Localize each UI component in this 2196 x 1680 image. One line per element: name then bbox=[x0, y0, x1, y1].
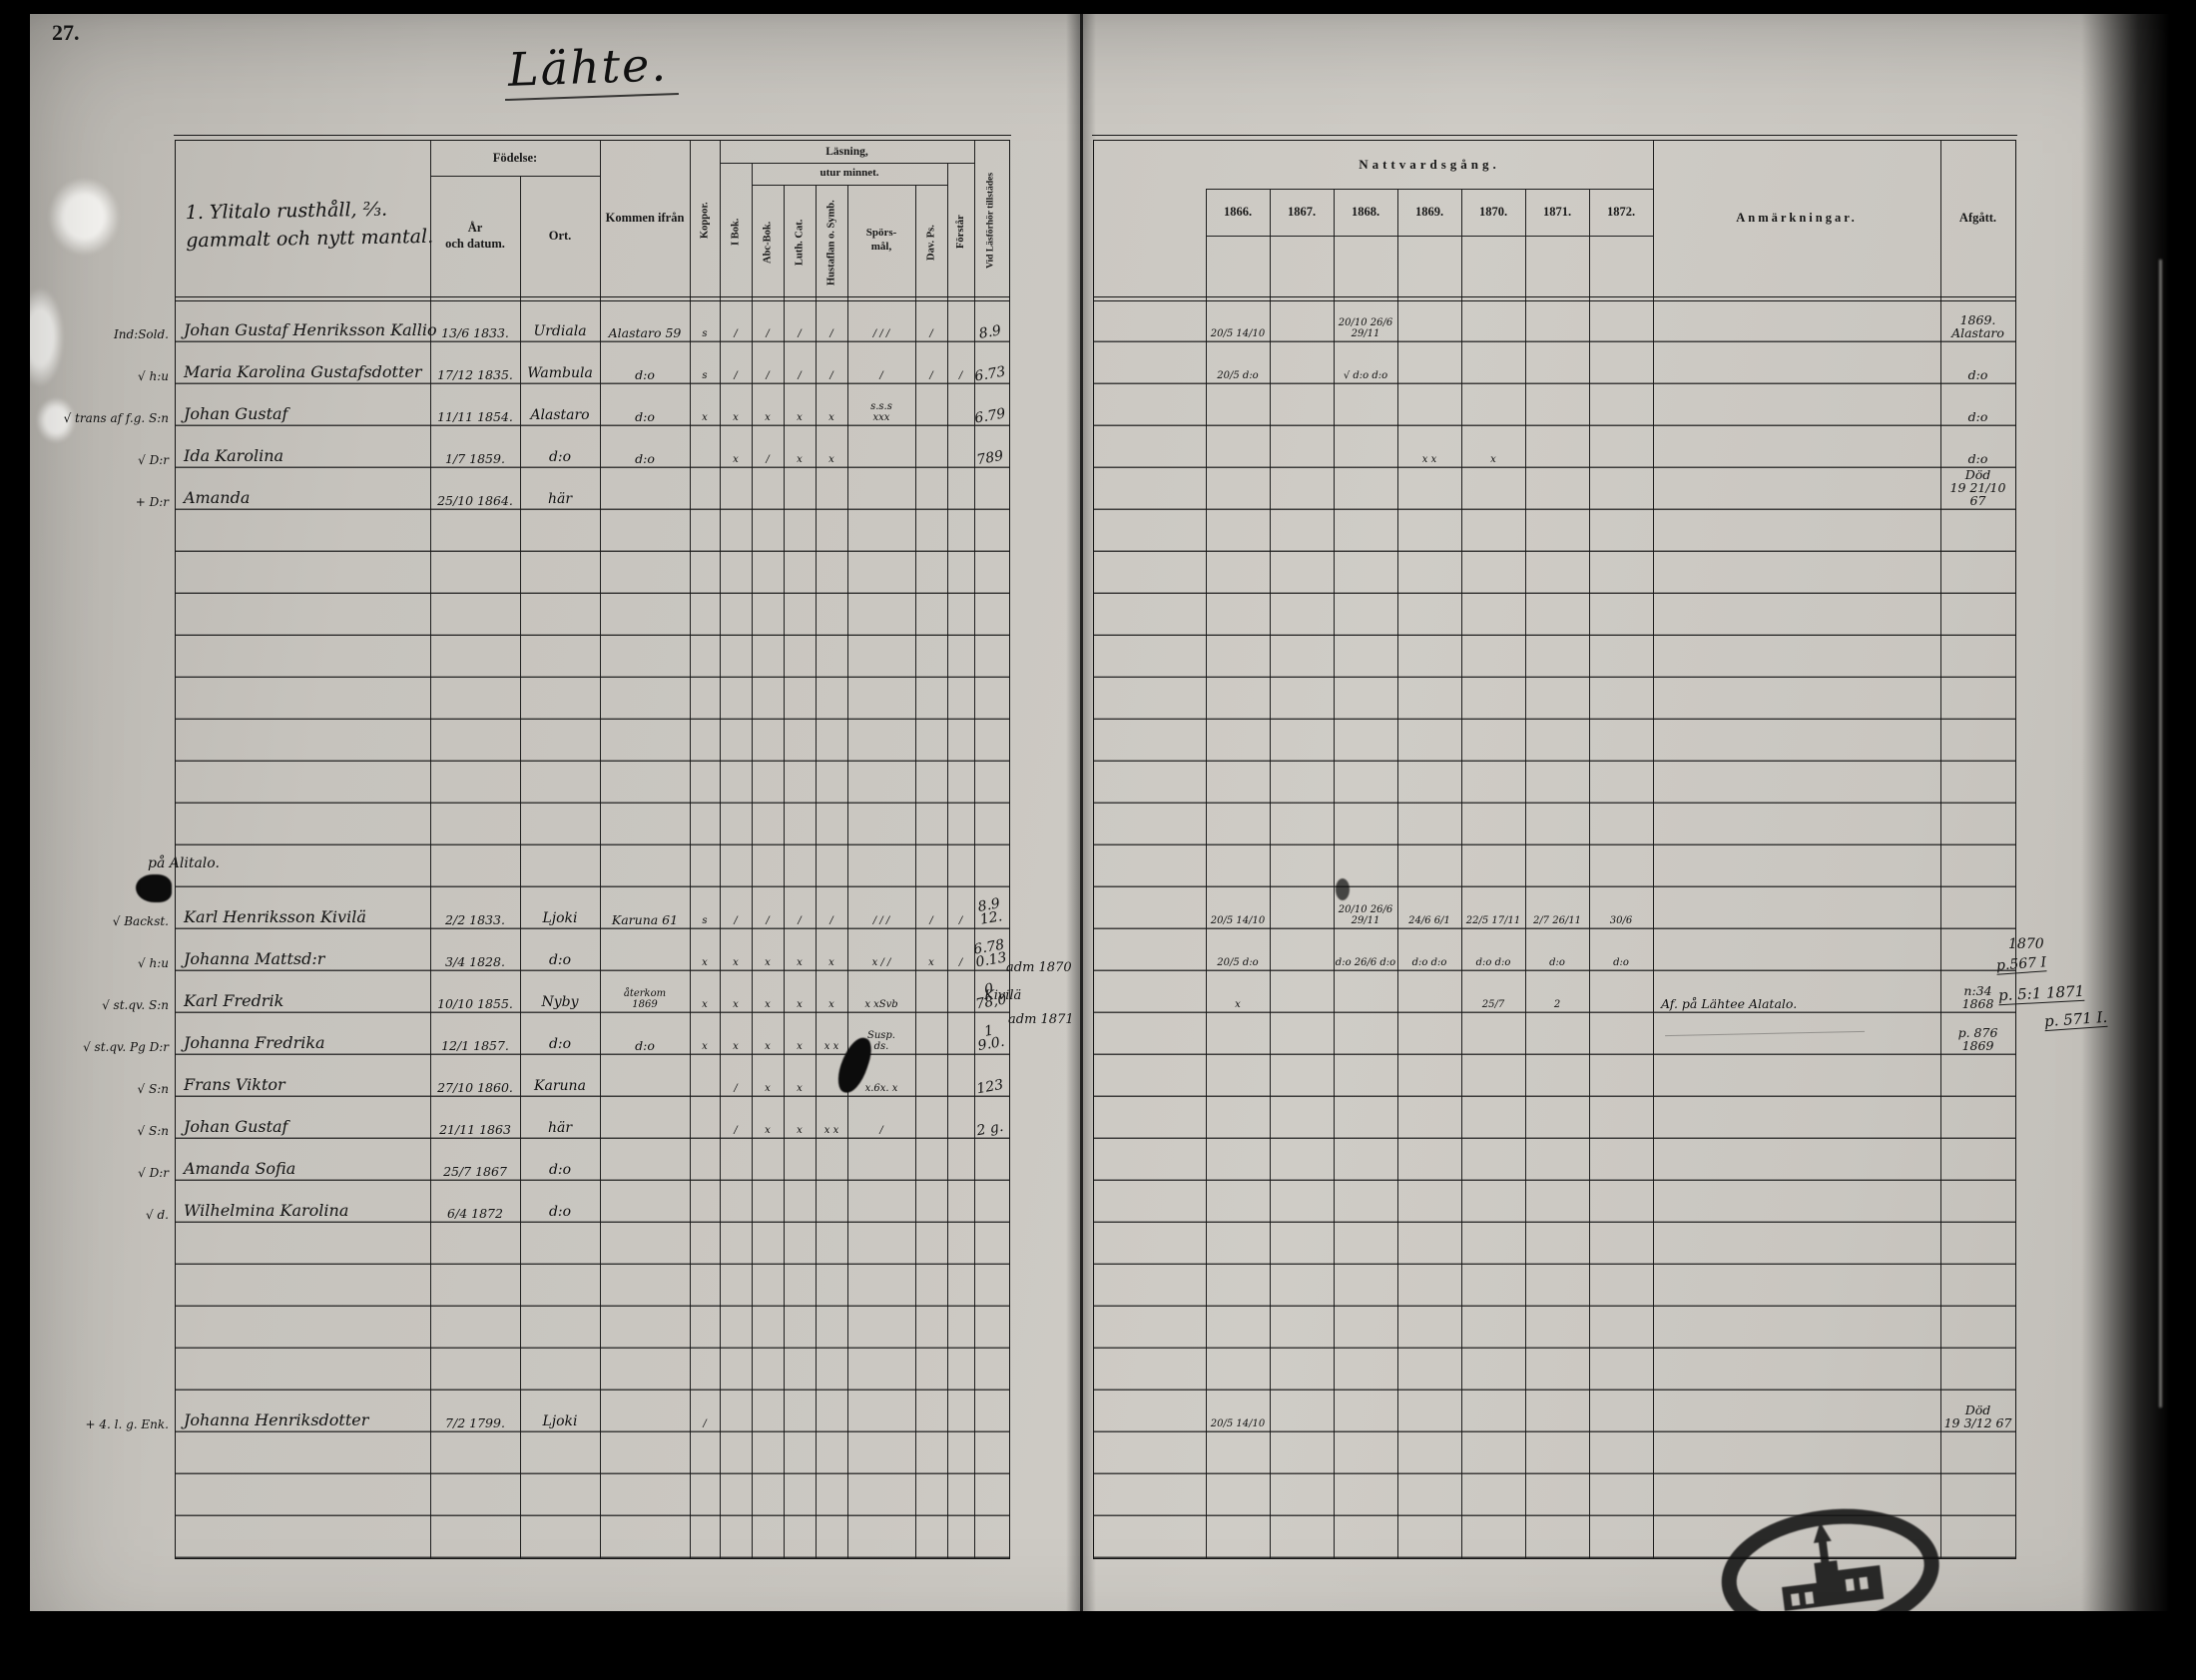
birth-place-cell: d:o bbox=[522, 1205, 598, 1220]
communion-date-cell: d:o d:o bbox=[1397, 958, 1461, 969]
table-row: Död 19 21/10 67 bbox=[1094, 468, 2015, 510]
reading-mark-cell: x bbox=[784, 413, 816, 424]
birth-date-cell: 3/4 1828. bbox=[432, 955, 518, 968]
name-cell: Karl Henriksson Kivilä bbox=[184, 909, 427, 926]
birth-date-cell: 12/1 1857. bbox=[432, 1039, 518, 1052]
reading-mark-cell: x x bbox=[816, 1042, 847, 1053]
reading-mark-cell: / bbox=[720, 1084, 752, 1095]
birth-date-cell: 27/10 1860. bbox=[432, 1081, 518, 1094]
communion-date-cell: 20/5 14/10 bbox=[1206, 916, 1270, 927]
table-row: 20/5 14/10 20/10 26/6 29/11 1869. Alasta… bbox=[1094, 300, 2015, 342]
reading-mark-cell: x bbox=[752, 1084, 784, 1095]
communion-date-cell: 25/7 bbox=[1461, 1000, 1525, 1011]
margin-note-adm1870: adm 1870 bbox=[1006, 960, 1072, 975]
reading-mark-cell: x bbox=[752, 1000, 784, 1011]
smallpox-mark-cell: x bbox=[690, 1042, 720, 1053]
col-header-kommen-ifran: Kommen ifrån bbox=[600, 141, 690, 296]
birth-date-cell: 7/2 1799. bbox=[432, 1416, 518, 1429]
communion-date-cell: 20/10 26/6 29/11 bbox=[1334, 318, 1397, 339]
margin-note-adm1871: adm 1871 bbox=[1008, 1012, 1074, 1027]
birth-place-cell: Ljoki bbox=[522, 1414, 598, 1429]
reading-mark-cell: / bbox=[720, 371, 752, 382]
table-row: p. 876 1869 bbox=[1094, 1013, 2015, 1055]
table-row: x 25/7 2 Af. på Lähtee Alatalo. n:34 186… bbox=[1094, 971, 2015, 1013]
communion-date-cell: 2 bbox=[1525, 1000, 1589, 1011]
table-row: Amanda Sofia 25/7 1867 d:o bbox=[176, 1139, 1009, 1181]
birth-date-cell: 1/7 1859. bbox=[432, 452, 518, 465]
came-from-cell: d:o bbox=[602, 368, 688, 381]
smallpox-mark-cell: s bbox=[690, 329, 720, 340]
edge-note: 1870 bbox=[2008, 936, 2044, 952]
reading-mark-cell: / bbox=[816, 916, 847, 927]
row-margin-label: Ind:Sold. bbox=[114, 299, 169, 345]
reading-mark-cell: / bbox=[847, 1126, 915, 1137]
reading-mark-cell: x bbox=[816, 455, 847, 466]
smallpox-mark-cell: x bbox=[690, 1000, 720, 1011]
attendance-number-cell: 6.73 bbox=[967, 364, 1013, 385]
table-row: Amanda 25/10 1864. här bbox=[176, 468, 1009, 510]
communion-date-cell: x x bbox=[1397, 455, 1461, 466]
row-margin-label: √ D:r bbox=[138, 425, 169, 471]
came-from-cell: d:o bbox=[602, 1039, 688, 1052]
birth-date-cell: 6/4 1872 bbox=[432, 1207, 518, 1220]
name-cell: Amanda Sofia bbox=[184, 1161, 427, 1178]
communion-date-cell: 20/5 14/10 bbox=[1206, 329, 1270, 340]
birth-date-cell: 11/11 1854. bbox=[432, 410, 518, 423]
col-header-koppor: Koppor. bbox=[690, 141, 720, 300]
scanned-ledger-spread: 27. Lähte. Ind:Sold. √ h:u √ trans af f.… bbox=[0, 0, 2196, 1680]
reading-mark-cell: x bbox=[720, 958, 752, 969]
name-cell: Frans Viktor bbox=[184, 1077, 427, 1094]
reading-mark-cell: / bbox=[720, 329, 752, 340]
came-from-cell: Karuna 61 bbox=[602, 913, 688, 926]
row-margin-label: √ st.qv. S:n bbox=[102, 970, 169, 1016]
departed-cell: Död 19 21/10 67 bbox=[1942, 468, 2013, 507]
table-row: Johan Gustaf Henriksson Kallio 13/6 1833… bbox=[176, 300, 1009, 342]
year-header: 1868. bbox=[1334, 189, 1397, 236]
col-header-luth-cat: Luth. Cat. bbox=[784, 185, 816, 300]
reading-mark-cell: x bbox=[784, 958, 816, 969]
row-margin-label: √ D:r bbox=[138, 1138, 169, 1184]
book-spine-line bbox=[1080, 12, 1083, 1619]
row-margin-label: + 4. l. g. Enk. bbox=[86, 1390, 169, 1435]
household-examination-table-left: 1. Ylitalo rusthåll, ⅔. gammalt och nytt… bbox=[175, 140, 1010, 1559]
departed-cell: p. 876 1869 bbox=[1942, 1026, 2013, 1052]
row-margin-label: √ S:n bbox=[138, 1096, 169, 1142]
col-header-afgatt: Afgått. bbox=[1940, 141, 2015, 296]
col-group-nattvardsgang: Nattvardsgång. bbox=[1206, 141, 1653, 189]
birth-date-cell: 13/6 1833. bbox=[432, 326, 518, 339]
reading-mark-cell: / bbox=[915, 916, 947, 927]
communion-date-cell: 24/6 6/1 bbox=[1397, 916, 1461, 927]
communion-date-cell: 20/10 26/6 29/11 bbox=[1334, 905, 1397, 926]
edge-note: p.567 I bbox=[1995, 954, 2046, 974]
table-row: 20/5 14/10 Död 19 3/12 67 bbox=[1094, 1391, 2015, 1432]
row-margin-label: √ S:n bbox=[138, 1054, 169, 1100]
household-header: 1. Ylitalo rusthåll, ⅔. gammalt och nytt… bbox=[175, 139, 446, 311]
attendance-number-cell: 789 bbox=[967, 448, 1013, 469]
reading-mark-cell: x bbox=[915, 958, 947, 969]
table-row: d:o bbox=[1094, 384, 2015, 426]
table-row: Frans Viktor 27/10 1860. Karuna / x x x.… bbox=[176, 1055, 1009, 1097]
birth-date-cell: 25/10 1864. bbox=[432, 494, 518, 507]
reading-mark-cell: x bbox=[752, 958, 784, 969]
name-cell: Ida Karolina bbox=[184, 448, 427, 465]
name-cell: Johan Gustaf Henriksson Kallio bbox=[184, 322, 427, 339]
smallpox-mark-cell: x bbox=[690, 958, 720, 969]
reading-mark-cell: x bbox=[784, 1042, 816, 1053]
reading-mark-cell: x xSvb bbox=[847, 1000, 915, 1011]
table-row: Ida Karolina 1/7 1859. d:o d:o x / x x 7… bbox=[176, 426, 1009, 468]
communion-table-right: Nattvardsgång. 1866. 1867. 1868. 1869. 1… bbox=[1093, 140, 2016, 1559]
communion-date-cell: d:o bbox=[1525, 958, 1589, 969]
col-header-vid-lasforhor: Vid Läsförhör tillstädes bbox=[974, 141, 1009, 300]
table-row: Karl Henriksson Kivilä 2/2 1833. Ljoki K… bbox=[176, 887, 1009, 929]
came-from-cell: återkom 1869 bbox=[602, 989, 688, 1010]
table-row: 20/5 14/10 20/10 26/6 29/11 24/6 6/1 22/… bbox=[1094, 887, 2015, 929]
communion-date-cell: x bbox=[1206, 1000, 1270, 1011]
col-header-forstar: Förstår bbox=[947, 163, 974, 300]
reading-mark-cell: / bbox=[752, 329, 784, 340]
communion-date-cell: 2/7 26/11 bbox=[1525, 916, 1589, 927]
communion-date-cell: 20/5 14/10 bbox=[1206, 1419, 1270, 1430]
table-row: x x x d:o bbox=[1094, 426, 2015, 468]
page-title-handwritten: Lähte. bbox=[503, 37, 679, 101]
name-cell: Johan Gustaf bbox=[184, 1119, 427, 1136]
reading-mark-cell: x bbox=[752, 413, 784, 424]
block-header-alitalo: på Alitalo. bbox=[148, 855, 220, 871]
communion-date-cell: 20/5 d:o bbox=[1206, 958, 1270, 969]
departed-cell: d:o bbox=[1942, 368, 2013, 381]
reading-mark-cell: / bbox=[847, 371, 915, 382]
birth-place-cell: d:o bbox=[522, 1163, 598, 1178]
communion-date-cell: d:o d:o bbox=[1461, 958, 1525, 969]
col-header-ar-och-datum: År och datum. bbox=[430, 176, 520, 296]
reading-mark-cell: x bbox=[720, 1000, 752, 1011]
birth-place-cell: Urdiala bbox=[522, 324, 598, 339]
edge-note: p. 5:1 1871 bbox=[1998, 982, 2085, 1005]
table-row: 20/5 d:o d:o 26/6 d:o d:o d:o d:o d:o d:… bbox=[1094, 929, 2015, 971]
col-header-sporsmal: Spörs- mål, bbox=[847, 185, 915, 296]
table-row: Maria Karolina Gustafsdotter 17/12 1835.… bbox=[176, 342, 1009, 384]
reading-mark-cell: / bbox=[752, 455, 784, 466]
scan-edge-left bbox=[0, 0, 30, 1680]
communion-date-cell: d:o bbox=[1589, 958, 1653, 969]
birth-place-cell: Karuna bbox=[522, 1079, 598, 1094]
birth-place-cell: d:o bbox=[522, 1037, 598, 1052]
reading-mark-cell: / bbox=[784, 916, 816, 927]
reading-mark-cell: / bbox=[752, 371, 784, 382]
communion-date-cell: 22/5 17/11 bbox=[1461, 916, 1525, 927]
reading-mark-cell: / bbox=[720, 916, 752, 927]
reading-mark-cell: / bbox=[752, 916, 784, 927]
reading-mark-cell: x bbox=[784, 1126, 816, 1137]
remark-cell: Af. på Lähtee Alatalo. bbox=[1661, 997, 1934, 1010]
reading-mark-cell: x bbox=[784, 1084, 816, 1095]
col-header-anmarkningar: Anmärkningar. bbox=[1653, 141, 1940, 296]
margin-note-kivila: Kivilä bbox=[984, 988, 1021, 1003]
reading-mark-cell: x x bbox=[816, 1126, 847, 1137]
scan-edge-bottom bbox=[0, 1611, 2196, 1680]
reading-mark-cell: x bbox=[720, 413, 752, 424]
name-cell: Wilhelmina Karolina bbox=[184, 1203, 427, 1220]
attendance-number-cell: 123 bbox=[967, 1077, 1013, 1098]
table-row: Johanna Henriksdotter 7/2 1799. Ljoki / bbox=[176, 1391, 1009, 1432]
reading-mark-cell: x bbox=[784, 455, 816, 466]
table-row: Johanna Mattsd:r 3/4 1828. d:o x x x x x… bbox=[176, 929, 1009, 971]
year-header: 1872. bbox=[1589, 189, 1653, 236]
communion-date-cell: √ d:o d:o bbox=[1334, 371, 1397, 382]
row-margin-label: √ d. bbox=[146, 1180, 169, 1226]
page-number: 27. bbox=[52, 20, 80, 46]
birth-place-cell: Wambula bbox=[522, 366, 598, 381]
col-header-fodelse: Födelse: bbox=[430, 141, 600, 176]
birth-date-cell: 25/7 1867 bbox=[432, 1165, 518, 1178]
departed-cell: 1869. Alastaro bbox=[1942, 313, 2013, 339]
table-row: Karl Fredrik 10/10 1855. Nyby återkom 18… bbox=[176, 971, 1009, 1013]
reading-mark-cell: / bbox=[915, 371, 947, 382]
name-cell: Johanna Henriksdotter bbox=[184, 1412, 427, 1429]
departed-cell: d:o bbox=[1942, 410, 2013, 423]
reading-mark-cell: x bbox=[816, 958, 847, 969]
col-header-i-bok: I Bok. bbox=[720, 163, 752, 300]
year-header: 1867. bbox=[1270, 189, 1334, 236]
attendance-number-cell: 8.9 12. bbox=[966, 896, 1014, 930]
attendance-number-cell: 6.79 bbox=[967, 406, 1013, 427]
smallpox-mark-cell: s bbox=[690, 371, 720, 382]
departed-cell: Död 19 3/12 67 bbox=[1942, 1403, 2013, 1429]
reading-mark-cell: x bbox=[816, 413, 847, 424]
came-from-cell: d:o bbox=[602, 452, 688, 465]
birth-place-cell: Alastaro bbox=[522, 408, 598, 423]
attendance-number-cell: 8.9 bbox=[967, 322, 1013, 343]
birth-date-cell: 2/2 1833. bbox=[432, 913, 518, 926]
reading-mark-cell: / bbox=[720, 1126, 752, 1137]
reading-mark-cell: / / / bbox=[847, 329, 915, 340]
left-margin-annotations: Ind:Sold. √ h:u √ trans af f.g. S:n √ D:… bbox=[30, 140, 173, 1557]
ink-blot bbox=[1336, 878, 1350, 900]
came-from-cell: Alastaro 59 bbox=[602, 326, 688, 339]
col-header-ort: Ort. bbox=[520, 176, 600, 296]
row-margin-label: √ h:u bbox=[138, 928, 169, 974]
reading-mark-cell: / bbox=[816, 329, 847, 340]
smallpox-mark-cell: x bbox=[690, 413, 720, 424]
reading-mark-cell: / / / bbox=[847, 916, 915, 927]
birth-place-cell: d:o bbox=[522, 953, 598, 968]
row-margin-label: √ st.qv. Pg D:r bbox=[83, 1012, 169, 1058]
communion-date-cell: 20/5 d:o bbox=[1206, 371, 1270, 382]
reading-mark-cell: / bbox=[816, 371, 847, 382]
birth-place-cell: d:o bbox=[522, 450, 598, 465]
col-header-abc-bok: Abc-Bok. bbox=[752, 185, 784, 300]
communion-date-cell: d:o 26/6 d:o bbox=[1334, 958, 1397, 969]
name-cell: Amanda bbox=[184, 490, 427, 507]
name-cell: Johanna Fredrika bbox=[184, 1035, 427, 1052]
smallpox-mark-cell: / bbox=[690, 1419, 720, 1430]
name-cell: Johan Gustaf bbox=[184, 406, 427, 423]
birth-place-cell: här bbox=[522, 492, 598, 507]
year-header: 1871. bbox=[1525, 189, 1589, 236]
col-group-utur-minnet: utur minnet. bbox=[752, 163, 947, 185]
col-group-lasning: Läsning, bbox=[720, 141, 974, 163]
reading-mark-cell: s.s.s xxx bbox=[847, 402, 915, 423]
row-margin-label: √ trans af f.g. S:n bbox=[64, 383, 169, 429]
attendance-number-cell: 2 g. bbox=[967, 1119, 1013, 1140]
smallpox-mark-cell: s bbox=[690, 916, 720, 927]
year-header: 1869. bbox=[1397, 189, 1461, 236]
attendance-number-cell: 1 9.0. bbox=[966, 1022, 1014, 1056]
reading-mark-cell: x bbox=[784, 1000, 816, 1011]
table-row: Johan Gustaf 11/11 1854. Alastaro d:o x … bbox=[176, 384, 1009, 426]
name-cell: Karl Fredrik bbox=[184, 993, 427, 1010]
reading-mark-cell: x / / bbox=[847, 958, 915, 969]
birth-place-cell: här bbox=[522, 1121, 598, 1136]
reading-mark-cell: / bbox=[915, 329, 947, 340]
year-header: 1866. bbox=[1206, 189, 1270, 236]
name-cell: Johanna Mattsd:r bbox=[184, 951, 427, 968]
birth-date-cell: 21/11 1863 bbox=[432, 1123, 518, 1136]
col-header-hustaflan: Hustaflan o. Symb. bbox=[816, 185, 847, 300]
year-header: 1870. bbox=[1461, 189, 1525, 236]
row-margin-label: √ h:u bbox=[138, 341, 169, 387]
reading-mark-cell: x bbox=[752, 1042, 784, 1053]
name-cell: Maria Karolina Gustafsdotter bbox=[184, 364, 427, 381]
table-row: Johanna Fredrika 12/1 1857. d:o d:o x x … bbox=[176, 1013, 1009, 1055]
scan-edge-right bbox=[2081, 0, 2196, 1680]
departed-cell: d:o bbox=[1942, 452, 2013, 465]
reading-mark-cell: x bbox=[720, 1042, 752, 1053]
table-row: 20/5 d:o √ d:o d:o d:o bbox=[1094, 342, 2015, 384]
table-row: Johan Gustaf 21/11 1863 här / x x x x / … bbox=[176, 1097, 1009, 1139]
reading-mark-cell: / bbox=[784, 371, 816, 382]
ink-blot bbox=[136, 874, 172, 902]
came-from-cell: d:o bbox=[602, 410, 688, 423]
reading-mark-cell: / bbox=[784, 329, 816, 340]
row-margin-label: + D:r bbox=[136, 467, 169, 513]
birth-place-cell: Ljoki bbox=[522, 911, 598, 926]
scan-edge-top bbox=[0, 0, 2196, 14]
birth-date-cell: 10/10 1855. bbox=[432, 997, 518, 1010]
birth-date-cell: 17/12 1835. bbox=[432, 368, 518, 381]
reading-mark-cell: x bbox=[816, 1000, 847, 1011]
table-row: Wilhelmina Karolina 6/4 1872 d:o bbox=[176, 1181, 1009, 1223]
reading-mark-cell: x bbox=[752, 1126, 784, 1137]
col-header-dav-ps: Dav. Ps. bbox=[915, 185, 947, 300]
page-edge-highlight bbox=[2159, 260, 2162, 1407]
birth-place-cell: Nyby bbox=[522, 995, 598, 1010]
communion-date-cell: x bbox=[1461, 455, 1525, 466]
communion-date-cell: 30/6 bbox=[1589, 916, 1653, 927]
reading-mark-cell: x bbox=[720, 455, 752, 466]
